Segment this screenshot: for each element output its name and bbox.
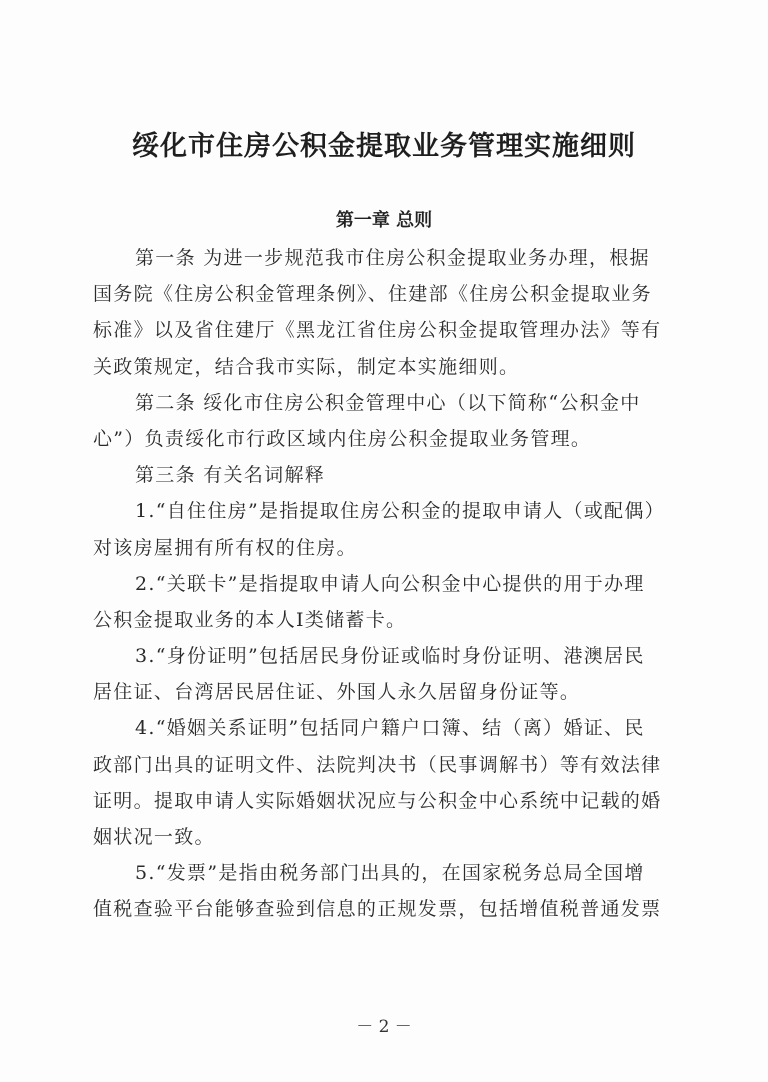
text-line: 1.“自住住房”是指提取住房公积金的提取申请人（或配偶） [93, 493, 681, 529]
document-body: 第一条 为进一步规范我市住房公积金提取业务办理，根据 国务院《住房公积金管理条例… [93, 240, 681, 928]
text-line: 公积金提取业务的本人Ⅰ类储蓄卡。 [93, 602, 681, 638]
text-line: 心”）负责绥化市行政区域内住房公积金提取业务管理。 [93, 421, 681, 457]
text-line: 关政策规定，结合我市实际，制定本实施细则。 [93, 349, 681, 385]
text-line: 第二条 绥化市住房公积金管理中心（以下简称“公积金中 [93, 385, 681, 421]
text-line: 对该房屋拥有所有权的住房。 [93, 530, 681, 566]
text-line: 居住证、台湾居民居住证、外国人永久居留身份证等。 [93, 674, 681, 710]
text-line: 证明。提取申请人实际婚姻状况应与公积金中心系统中记载的婚 [93, 783, 681, 819]
text-line: 国务院《住房公积金管理条例》、住建部《住房公积金提取业务 [93, 276, 681, 312]
text-line: 2.“关联卡”是指提取申请人向公积金中心提供的用于办理 [93, 566, 681, 602]
page-number: － 2 － [0, 1012, 768, 1037]
text-line: 姻状况一致。 [93, 819, 681, 855]
document-title: 绥化市住房公积金提取业务管理实施细则 [0, 124, 768, 163]
text-line: 标准》以及省住建厅《黑龙江省住房公积金提取管理办法》等有 [93, 312, 681, 348]
text-line: 5.“发票”是指由税务部门出具的，在国家税务总局全国增 [93, 855, 681, 891]
chapter-heading: 第一章 总则 [0, 206, 768, 232]
text-line: 4.“婚姻关系证明”包括同户籍户口簿、结（离）婚证、民 [93, 710, 681, 746]
text-line: 第一条 为进一步规范我市住房公积金提取业务办理，根据 [93, 240, 681, 276]
text-line: 第三条 有关名词解释 [93, 457, 681, 493]
document-page: 绥化市住房公积金提取业务管理实施细则 第一章 总则 第一条 为进一步规范我市住房… [0, 0, 768, 1082]
text-line: 3.“身份证明”包括居民身份证或临时身份证明、港澳居民 [93, 638, 681, 674]
text-line: 值税查验平台能够查验到信息的正规发票，包括增值税普通发票 [93, 891, 681, 927]
text-line: 政部门出具的证明文件、法院判决书（民事调解书）等有效法律 [93, 747, 681, 783]
